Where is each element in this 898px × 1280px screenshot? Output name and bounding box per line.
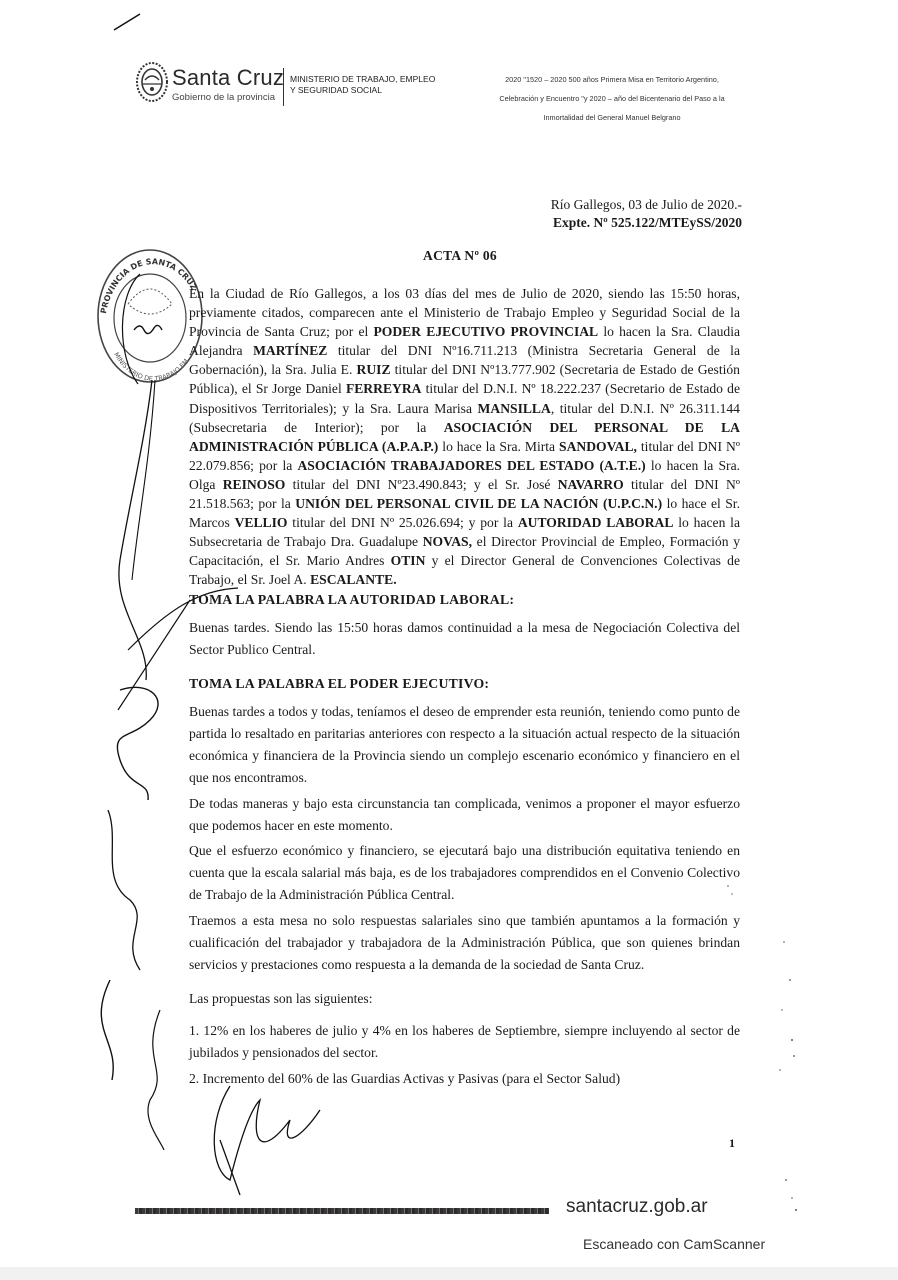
- document-title: ACTA Nº 06: [380, 248, 540, 264]
- pen-mark: [112, 10, 142, 32]
- section2-paragraph-2: De todas maneras y bajo esta circunstanc…: [189, 793, 740, 837]
- brand-subtitle: Gobierno de la provincia: [172, 92, 284, 103]
- page-number: 1: [729, 1136, 735, 1151]
- brand-name: Santa Cruz: [172, 66, 284, 90]
- motto-line-3: Inmortalidad del General Manuel Belgrano: [462, 108, 762, 127]
- footer-rule: [135, 1208, 549, 1214]
- proposals-intro: Las propuestas son las siguientes:: [189, 988, 740, 1010]
- place-date: Río Gallegos, 03 de Julio de 2020.-: [520, 196, 742, 214]
- section2-paragraph-3: Que el esfuerzo económico y financiero, …: [189, 840, 740, 906]
- bottom-signature: [200, 1080, 360, 1200]
- scan-artifact-dots: [720, 880, 800, 1220]
- section2-paragraph-4: Traemos a esta mesa no solo respuestas s…: [189, 910, 740, 976]
- province-coat-of-arms-icon: [134, 58, 174, 108]
- section1-paragraph: Buenas tardes. Siendo las 15:50 horas da…: [189, 617, 740, 661]
- official-motto: 2020 "1520 – 2020 500 años Primera Misa …: [462, 70, 762, 127]
- brand-block: Santa Cruz Gobierno de la provincia: [172, 66, 284, 103]
- place-date-block: Río Gallegos, 03 de Julio de 2020.- Expt…: [520, 196, 742, 232]
- file-number: Expte. Nº 525.122/MTEySS/2020: [520, 214, 742, 232]
- motto-line-1: 2020 "1520 – 2020 500 años Primera Misa …: [462, 70, 762, 89]
- ministry-line-2: Y SEGURIDAD SOCIAL: [290, 85, 435, 96]
- motto-line-2: Celebración y Encuentro "y 2020 – año de…: [462, 89, 762, 108]
- page-bottom-edge: [0, 1267, 898, 1280]
- section-heading-autoridad-laboral: TOMA LA PALABRA LA AUTORIDAD LABORAL:: [189, 592, 514, 608]
- footer-website: santacruz.gob.ar: [566, 1196, 708, 1218]
- scanner-watermark: Escaneado con CamScanner: [583, 1236, 765, 1252]
- section-heading-poder-ejecutivo: TOMA LA PALABRA EL PODER EJECUTIVO:: [189, 676, 489, 692]
- intro-paragraph: En la Ciudad de Río Gallegos, a los 03 d…: [189, 284, 740, 590]
- letterhead-divider: [283, 68, 284, 106]
- ministry-name: MINISTERIO DE TRABAJO, EMPLEO Y SEGURIDA…: [290, 74, 435, 96]
- proposal-item-1: 1. 12% en los haberes de julio y 4% en l…: [189, 1020, 740, 1064]
- section2-paragraph-1: Buenas tardes a todos y todas, teníamos …: [189, 701, 740, 789]
- ministry-line-1: MINISTERIO DE TRABAJO, EMPLEO: [290, 74, 435, 85]
